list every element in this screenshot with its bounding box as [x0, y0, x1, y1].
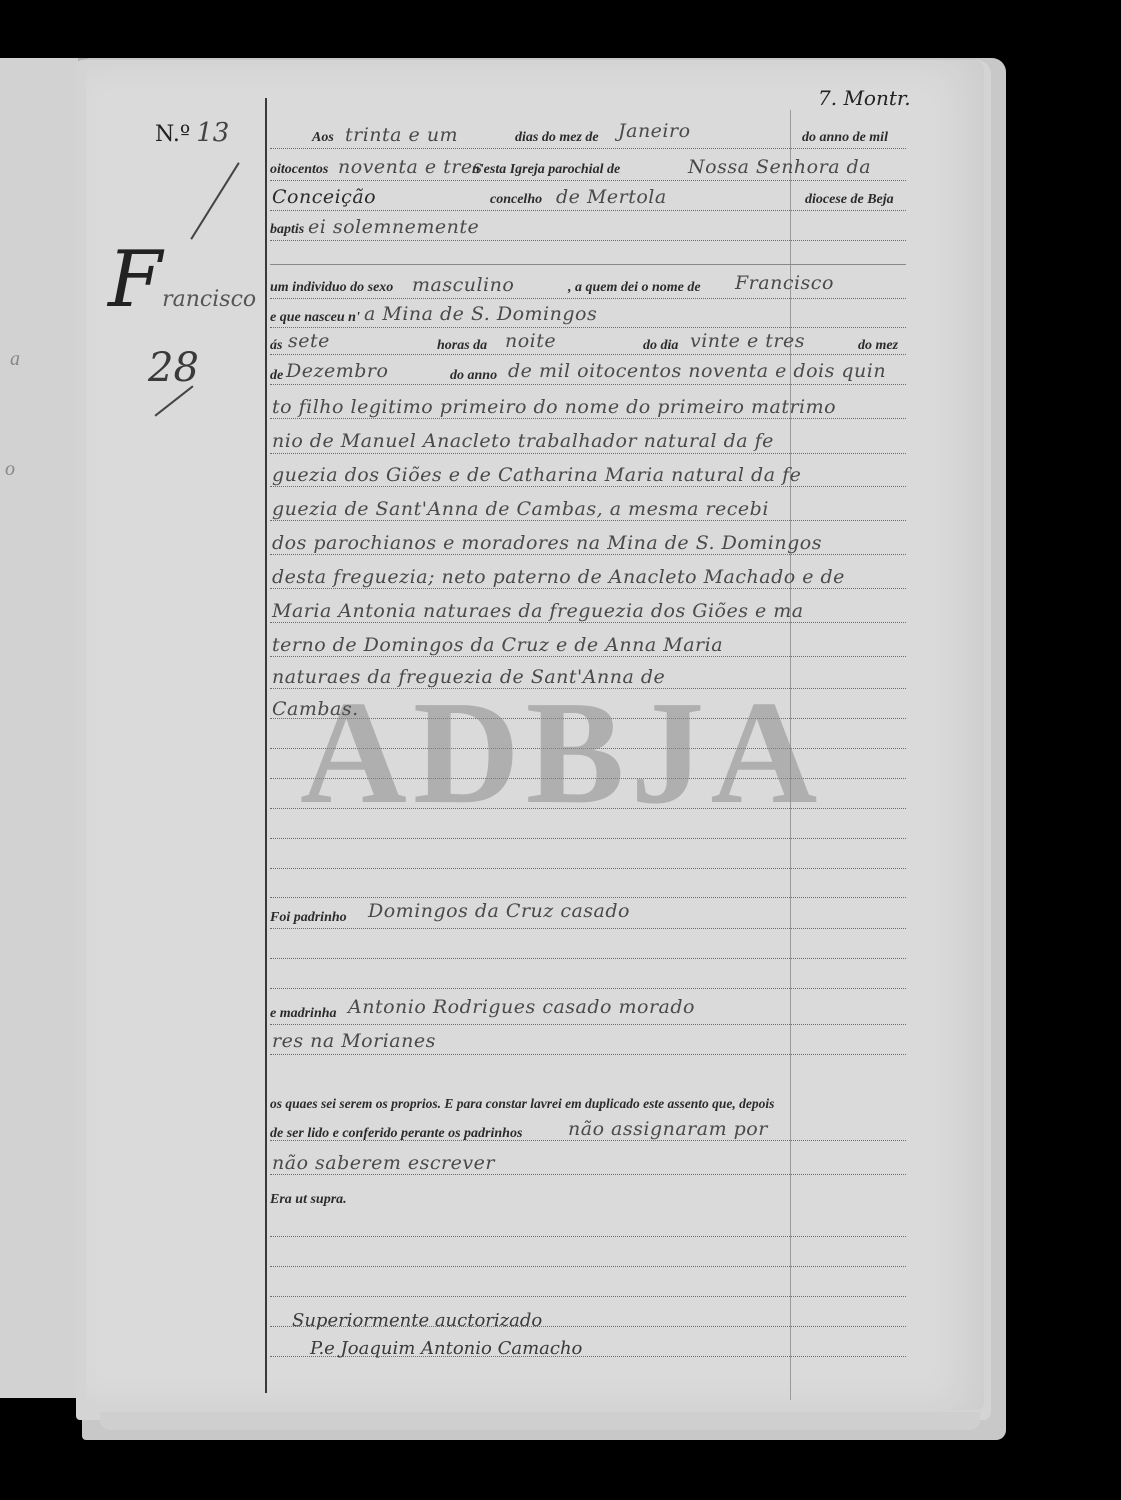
label-horas-da: horas da [437, 338, 487, 354]
ruled-line [270, 1054, 906, 1055]
field-concelho: de Mertola [556, 186, 667, 208]
label-de: de [270, 368, 283, 384]
margin-name-rest: rancisco [162, 287, 256, 312]
body-line: nio de Manuel Anacleto trabalhador natur… [272, 430, 774, 452]
body-line: terno de Domingos da Cruz e de Anna Mari… [272, 634, 723, 656]
label-as: ás [270, 338, 282, 354]
corner-note: 7. Montr. [818, 86, 911, 110]
field-birth-month: Dezembro [286, 360, 388, 382]
field-year-words: noventa e tres [338, 156, 483, 178]
label-nesta-igreja: n'esta Igreja parochial de [472, 162, 620, 178]
body-line: naturaes da freguezia de Sant'Anna de [272, 666, 665, 688]
closing-text-2: de ser lido e conferido perante os padri… [270, 1126, 522, 1142]
field-sex: masculino [412, 274, 514, 296]
ruled-line [270, 588, 906, 589]
label-individuo: um individuo do sexo [270, 280, 393, 296]
entry-number-value: 13 [196, 118, 229, 148]
label-baptisei: baptis [270, 222, 304, 238]
field-birth-year: de mil oitocentos noventa e dois quin [508, 360, 886, 382]
signature-priest: P.e Joaquim Antonio Camacho [310, 1338, 582, 1359]
field-signature-note-2: não saberem escrever [272, 1152, 495, 1174]
ruled-line [270, 148, 906, 149]
field-baptism-type: ei solemnemente [308, 216, 479, 238]
ruled-line [270, 1236, 906, 1237]
ruled-line [270, 354, 906, 355]
archive-watermark: ADBJA [300, 668, 823, 838]
ruled-line [270, 1024, 906, 1025]
ruled-line [270, 327, 906, 328]
margin-day-number: 28 [148, 345, 199, 391]
margin-divider-line [265, 98, 267, 1393]
ruled-line [270, 897, 906, 898]
margin-name-capital: F [108, 235, 162, 325]
field-godmother-1: Antonio Rodrigues casado morado [348, 996, 695, 1018]
previous-page-ink-mark: o [5, 458, 15, 481]
ruled-line [270, 486, 906, 487]
entry-number: N.º13 [155, 118, 229, 148]
field-period: noite [505, 330, 556, 352]
ruled-line [270, 418, 906, 419]
ruled-line [270, 453, 906, 454]
field-parish-1: Nossa Senhora da [688, 156, 871, 178]
label-do-dia: do dia [643, 338, 678, 354]
ruled-line [270, 240, 906, 241]
field-parish-2: Conceição [272, 186, 376, 208]
label-oitocentos: oitocentos [270, 162, 328, 178]
label-concelho: concelho [490, 192, 542, 208]
field-godmother-2: res na Morianes [272, 1030, 436, 1052]
ruled-line [270, 180, 906, 181]
ruled-line [270, 1174, 906, 1175]
signature-authorization: Superiormente auctorizado [292, 1310, 542, 1331]
body-line: guezia dos Giões e de Catharina Maria na… [272, 464, 801, 486]
ruled-line [270, 988, 906, 989]
label-e-madrinha: e madrinha [270, 1006, 337, 1022]
ruled-line [270, 298, 906, 299]
field-name: Francisco [735, 272, 834, 294]
ruled-line [270, 520, 906, 521]
field-month: Janeiro [618, 120, 691, 142]
label-diocese: diocese de Beja [805, 192, 894, 208]
label-foi-padrinho: Foi padrinho [270, 910, 347, 926]
ruled-line [270, 868, 906, 869]
field-birthplace: a Mina de S. Domingos [364, 303, 597, 325]
page-bottom-edge [100, 1412, 980, 1430]
body-line: to filho legitimo primeiro do nome do pr… [272, 396, 836, 418]
ruled-line [270, 928, 906, 929]
entry-number-label: N.º [155, 122, 190, 147]
label-dias-do-mez: dias do mez de [515, 130, 599, 146]
ruled-line [270, 210, 906, 211]
field-day-words: trinta e um [345, 124, 458, 146]
field-signature-note-1: não assignaram por [568, 1118, 768, 1140]
label-do-anno-de-mil: do anno de mil [802, 130, 888, 146]
ruled-line [270, 264, 906, 265]
margin-child-name: Francisco [108, 235, 256, 325]
body-line: Maria Antonia naturaes da freguezia dos … [272, 600, 804, 622]
body-line: dos parochianos e moradores na Mina de S… [272, 532, 822, 554]
label-do-anno: do anno [450, 368, 497, 384]
label-quem-dei: , a quem dei o nome de [568, 280, 701, 296]
field-hour: sete [288, 330, 330, 352]
field-birth-day: vinte e tres [690, 330, 805, 352]
body-line: guezia de Sant'Anna de Cambas, a mesma r… [272, 498, 769, 520]
label-do-mez: do mez [858, 338, 898, 354]
ruled-line [270, 554, 906, 555]
previous-page-ink-mark: a [10, 348, 20, 371]
body-line: desta freguezia; neto paterno de Anaclet… [272, 566, 845, 588]
ruled-line [270, 384, 906, 385]
body-line: Cambas. [272, 698, 359, 720]
label-era-ut-supra: Era ut supra. [270, 1192, 347, 1208]
closing-text-1: os quaes sei serem os proprios. E para c… [270, 1096, 774, 1112]
previous-page-edge: a o [0, 58, 86, 1398]
field-godfather: Domingos da Cruz casado [368, 900, 630, 922]
ruled-line [270, 1296, 906, 1297]
ruled-line [270, 622, 906, 623]
label-aos: Aos [312, 130, 334, 146]
ruled-line [270, 958, 906, 959]
ruled-line [270, 838, 906, 839]
ruled-line [270, 1266, 906, 1267]
label-que-nasceu: e que nasceu n' [270, 310, 360, 326]
ruled-line [270, 656, 906, 657]
